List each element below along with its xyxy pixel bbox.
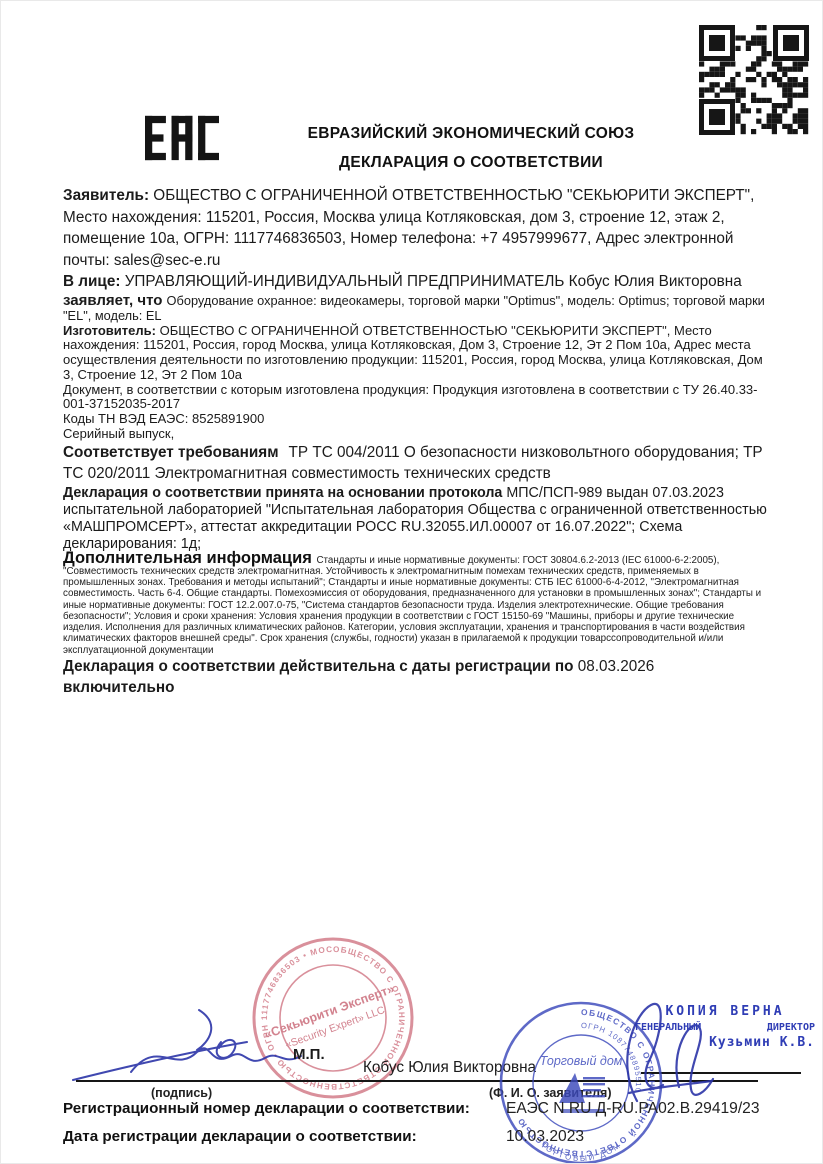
declares-paragraph: заявляет, что Оборудование охранное: вид… [63,293,767,324]
manufacturer-label: Изготовитель: [63,323,160,338]
copy-director-name: Кузьмин К.В. [635,1035,815,1050]
manufacturer-text: ОБЩЕСТВО С ОГРАНИЧЕННОЙ ОТВЕТСТВЕННОСТЬЮ… [63,323,763,382]
document-title: ДЕКЛАРАЦИЯ О СООТВЕТСТВИИ [211,154,731,172]
validity-label: Декларация о соответствии действительна … [63,658,578,675]
validity-suffix: включительно [63,679,174,696]
serial-release-line: Серийный выпуск, [63,427,767,442]
in-person-text: УПРАВЛЯЮЩИЙ-ИНДИВИДУАЛЬНЫЙ ПРЕДПРИНИМАТЕ… [125,273,742,290]
validity-date: 08.03.2026 [578,658,655,675]
signature-caption: (подпись) [151,1086,212,1100]
registration-number-value: ЕАЭС N RU Д-RU.РА02.В.29419/23 [506,1100,760,1118]
in-person-paragraph: В лице: УПРАВЛЯЮЩИЙ-ИНДИВИДУАЛЬНЫЙ ПРЕДП… [63,271,767,293]
declaration-document-page: ЕВРАЗИЙСКИЙ ЭКОНОМИЧЕСКИЙ СОЮЗ ДЕКЛАРАЦИ… [0,0,823,1164]
tnved-codes-line: Коды ТН ВЭД ЕАЭС: 8525891900 [63,412,767,427]
basis-label: Декларация о соответствии принята на осн… [63,485,506,501]
copy-role-right: ДИРЕКТОР [767,1022,815,1033]
copy-role-left: ГЕНЕРАЛЬНЫЙ [635,1022,701,1033]
production-document-line: Документ, в соответствии с которым изгот… [63,383,767,413]
document-body: Заявитель: ОБЩЕСТВО С ОГРАНИЧЕННОЙ ОТВЕТ… [63,185,767,699]
header-union-title: ЕВРАЗИЙСКИЙ ЭКОНОМИЧЕСКИЙ СОЮЗ [211,125,731,143]
complies-paragraph: Соответствует требованиямТР ТС 004/2011 … [63,442,767,485]
stamp-place-label: М.П. [293,1046,325,1063]
basis-paragraph: Декларация о соответствии принята на осн… [63,485,767,553]
validity-paragraph: Декларация о соответствии действительна … [63,656,767,699]
registration-date-label: Дата регистрации декларации о соответств… [63,1128,417,1145]
manufacturer-paragraph: Изготовитель: ОБЩЕСТВО С ОГРАНИЧЕННОЙ ОТ… [63,324,767,383]
registration-date-value: 10.03.2023 [506,1128,584,1146]
in-person-label: В лице: [63,273,125,290]
complies-label: Соответствует требованиям [63,444,279,461]
qr-code [699,25,809,135]
copy-certification-block: КОПИЯ ВЕРНА ГЕНЕРАЛЬНЫЙ ДИРЕКТОР Кузьмин… [635,1004,815,1050]
eac-mark-icon [145,109,219,167]
declares-text: Оборудование охранное: видеокамеры, торг… [63,293,765,324]
additional-info-paragraph: Дополнительная информация Стандарты и ин… [63,553,767,656]
applicant-text: ОБЩЕСТВО С ОГРАНИЧЕННОЙ ОТВЕТСТВЕННОСТЬЮ… [63,187,754,269]
declares-label: заявляет, что [63,292,167,309]
registration-number-label: Регистрационный номер декларации о соотв… [63,1100,470,1117]
applicant-paragraph: Заявитель: ОБЩЕСТВО С ОГРАНИЧЕННОЙ ОТВЕТ… [63,185,767,271]
copy-verna-text: КОПИЯ ВЕРНА [635,1004,815,1019]
additional-info-label: Дополнительная информация [63,549,316,567]
additional-info-text: Стандарты и иные нормативные документы: … [63,555,761,656]
applicant-label: Заявитель: [63,187,153,204]
